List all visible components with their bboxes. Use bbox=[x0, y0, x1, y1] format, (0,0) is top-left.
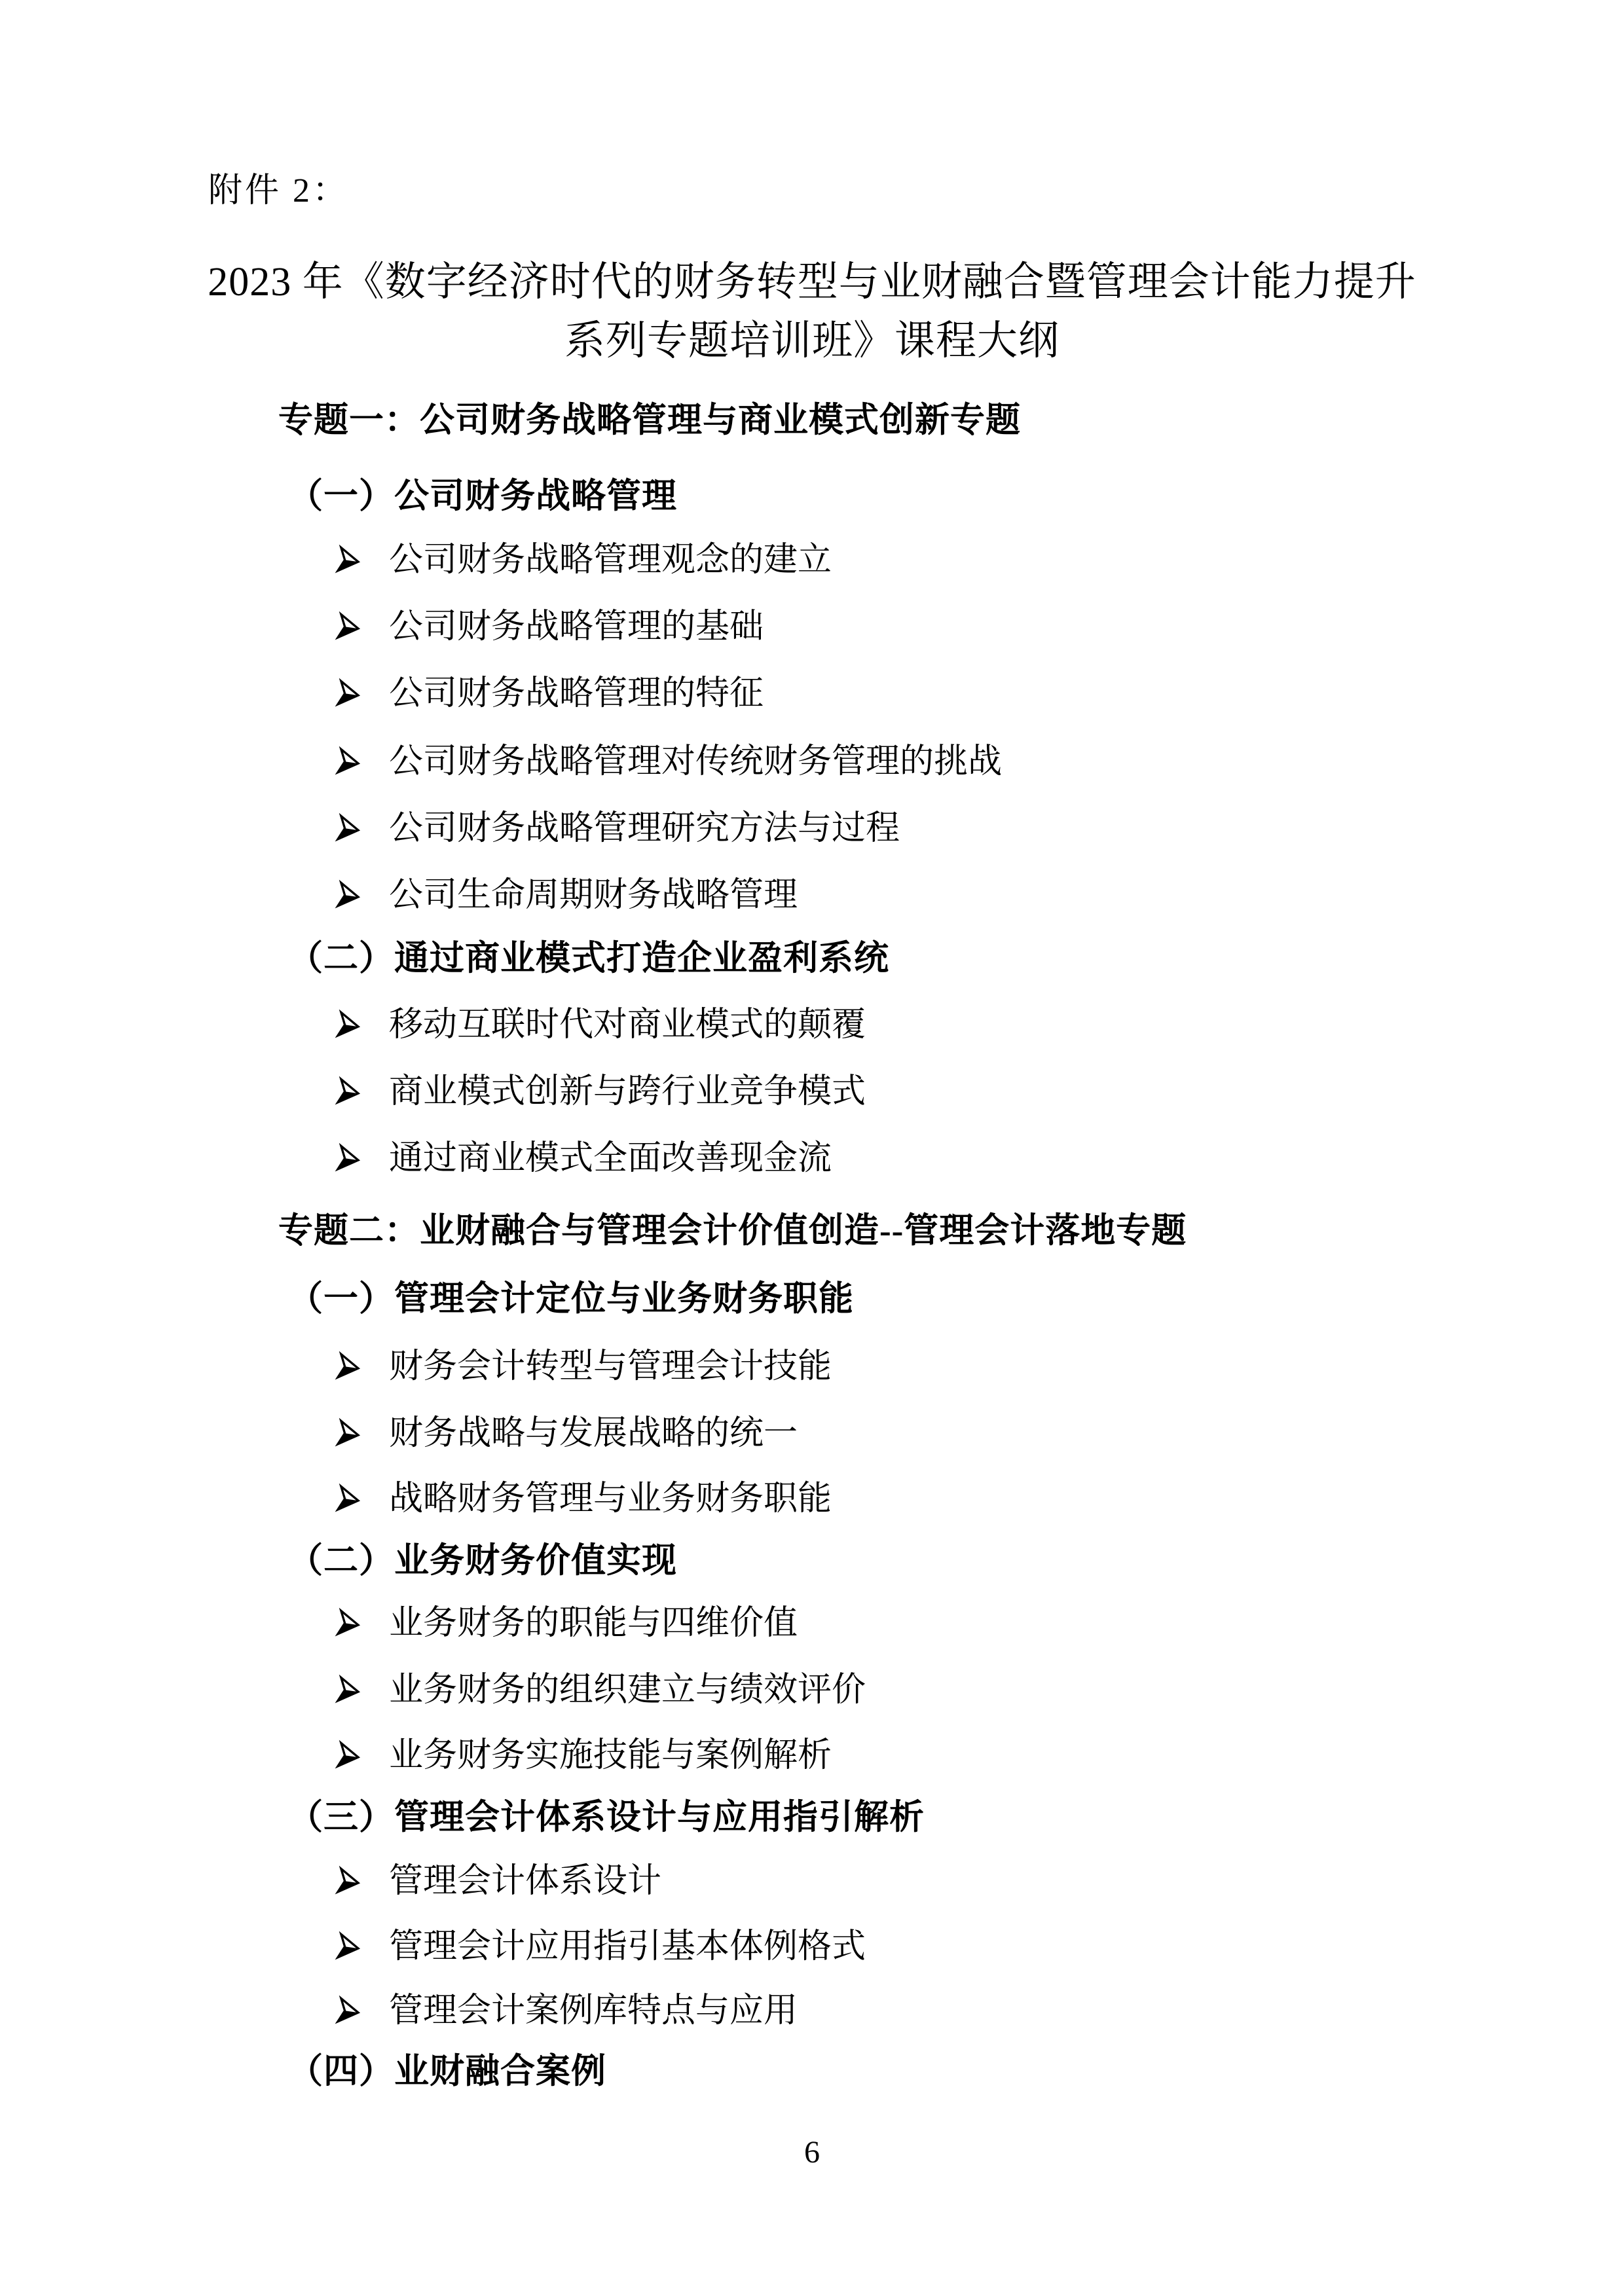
arrow-bullet-icon bbox=[332, 1351, 365, 1383]
outline-item: 移动互联时代对商业模式的颠覆 bbox=[334, 1006, 866, 1045]
doc-title-line1: 2023 年《数字经济时代的财务转型与业财融合暨管理会计能力提升 bbox=[0, 259, 1624, 306]
topic2-section2-heading: （二）业务财务价值实现 bbox=[288, 1541, 677, 1581]
outline-item-text: 业务财务的组织建立与绩效评价 bbox=[389, 1671, 866, 1710]
outline-item: 公司财务战略管理的基础 bbox=[334, 608, 764, 647]
arrow-bullet-icon bbox=[332, 678, 365, 710]
page-number: 6 bbox=[0, 2134, 1624, 2170]
topic2-section4-heading: （四）业财融合案例 bbox=[288, 2052, 606, 2092]
arrow-bullet-icon bbox=[332, 1483, 365, 1516]
outline-item-text: 公司财务战略管理的基础 bbox=[389, 608, 764, 647]
outline-item: 管理会计体系设计 bbox=[334, 1862, 661, 1901]
arrow-bullet-icon bbox=[332, 746, 365, 778]
topic1-section2-heading: （二）通过商业模式打造企业盈利系统 bbox=[288, 939, 889, 979]
outline-item: 公司财务战略管理观念的建立 bbox=[334, 541, 832, 580]
arrow-bullet-icon bbox=[332, 1142, 365, 1175]
topic1-section1-heading: （一）公司财务战略管理 bbox=[288, 477, 677, 517]
outline-item: 业务财务实施技能与案例解析 bbox=[334, 1736, 832, 1776]
outline-item: 公司生命周期财务战略管理 bbox=[334, 876, 798, 915]
outline-item-text: 通过商业模式全面改善现金流 bbox=[389, 1139, 832, 1178]
outline-item-text: 商业模式创新与跨行业竞争模式 bbox=[389, 1072, 866, 1112]
arrow-bullet-icon bbox=[332, 879, 365, 912]
outline-item-text: 公司财务战略管理研究方法与过程 bbox=[389, 809, 900, 848]
attachment-label: 附件 2： bbox=[208, 172, 349, 211]
outline-item-text: 财务会计转型与管理会计技能 bbox=[389, 1347, 832, 1387]
outline-item-text: 财务战略与发展战略的统一 bbox=[389, 1414, 798, 1453]
arrow-bullet-icon bbox=[332, 1009, 365, 1042]
arrow-bullet-icon bbox=[332, 1931, 365, 1963]
outline-item: 管理会计案例库特点与应用 bbox=[334, 1992, 798, 2031]
outline-item: 通过商业模式全面改善现金流 bbox=[334, 1139, 832, 1178]
outline-item-text: 业务财务实施技能与案例解析 bbox=[389, 1736, 832, 1776]
outline-item-text: 公司生命周期财务战略管理 bbox=[389, 876, 798, 915]
outline-item-text: 管理会计应用指引基本体例格式 bbox=[389, 1927, 866, 1967]
outline-item: 战略财务管理与业务财务职能 bbox=[334, 1480, 832, 1519]
outline-item-text: 移动互联时代对商业模式的颠覆 bbox=[389, 1006, 866, 1045]
topic2-heading: 专题二：业财融合与管理会计价值创造--管理会计落地专题 bbox=[278, 1211, 1187, 1251]
outline-item: 公司财务战略管理研究方法与过程 bbox=[334, 809, 900, 848]
arrow-bullet-icon bbox=[332, 611, 365, 644]
arrow-bullet-icon bbox=[332, 1995, 365, 2028]
document-page: 附件 2： 2023 年《数字经济时代的财务转型与业财融合暨管理会计能力提升 系… bbox=[0, 0, 1624, 2296]
outline-item-text: 管理会计案例库特点与应用 bbox=[389, 1992, 798, 2031]
outline-item-text: 管理会计体系设计 bbox=[389, 1862, 661, 1901]
outline-item-text: 公司财务战略管理对传统财务管理的挑战 bbox=[389, 742, 1002, 782]
doc-title-line2: 系列专题培训班》课程大纲 bbox=[0, 318, 1624, 365]
arrow-bullet-icon bbox=[332, 1607, 365, 1640]
outline-item: 业务财务的职能与四维价值 bbox=[334, 1604, 798, 1643]
arrow-bullet-icon bbox=[332, 1865, 365, 1898]
arrow-bullet-icon bbox=[332, 1740, 365, 1772]
outline-item: 财务会计转型与管理会计技能 bbox=[334, 1347, 832, 1387]
arrow-bullet-icon bbox=[332, 1674, 365, 1707]
topic2-section3-heading: （三）管理会计体系设计与应用指引解析 bbox=[288, 1798, 925, 1838]
outline-item: 财务战略与发展战略的统一 bbox=[334, 1414, 798, 1453]
topic2-section1-heading: （一）管理会计定位与业务财务职能 bbox=[288, 1279, 854, 1319]
outline-item: 公司财务战略管理对传统财务管理的挑战 bbox=[334, 742, 1002, 782]
arrow-bullet-icon bbox=[332, 544, 365, 577]
topic1-heading: 专题一：公司财务战略管理与商业模式创新专题 bbox=[278, 401, 1021, 441]
outline-item: 管理会计应用指引基本体例格式 bbox=[334, 1927, 866, 1967]
outline-item-text: 战略财务管理与业务财务职能 bbox=[389, 1480, 832, 1519]
outline-item: 公司财务战略管理的特征 bbox=[334, 674, 764, 714]
outline-item-text: 公司财务战略管理的特征 bbox=[389, 674, 764, 714]
arrow-bullet-icon bbox=[332, 1417, 365, 1450]
outline-item-text: 业务财务的职能与四维价值 bbox=[389, 1604, 798, 1643]
outline-item: 商业模式创新与跨行业竞争模式 bbox=[334, 1072, 866, 1112]
outline-item-text: 公司财务战略管理观念的建立 bbox=[389, 541, 832, 580]
arrow-bullet-icon bbox=[332, 812, 365, 845]
outline-item: 业务财务的组织建立与绩效评价 bbox=[334, 1671, 866, 1710]
arrow-bullet-icon bbox=[332, 1076, 365, 1108]
